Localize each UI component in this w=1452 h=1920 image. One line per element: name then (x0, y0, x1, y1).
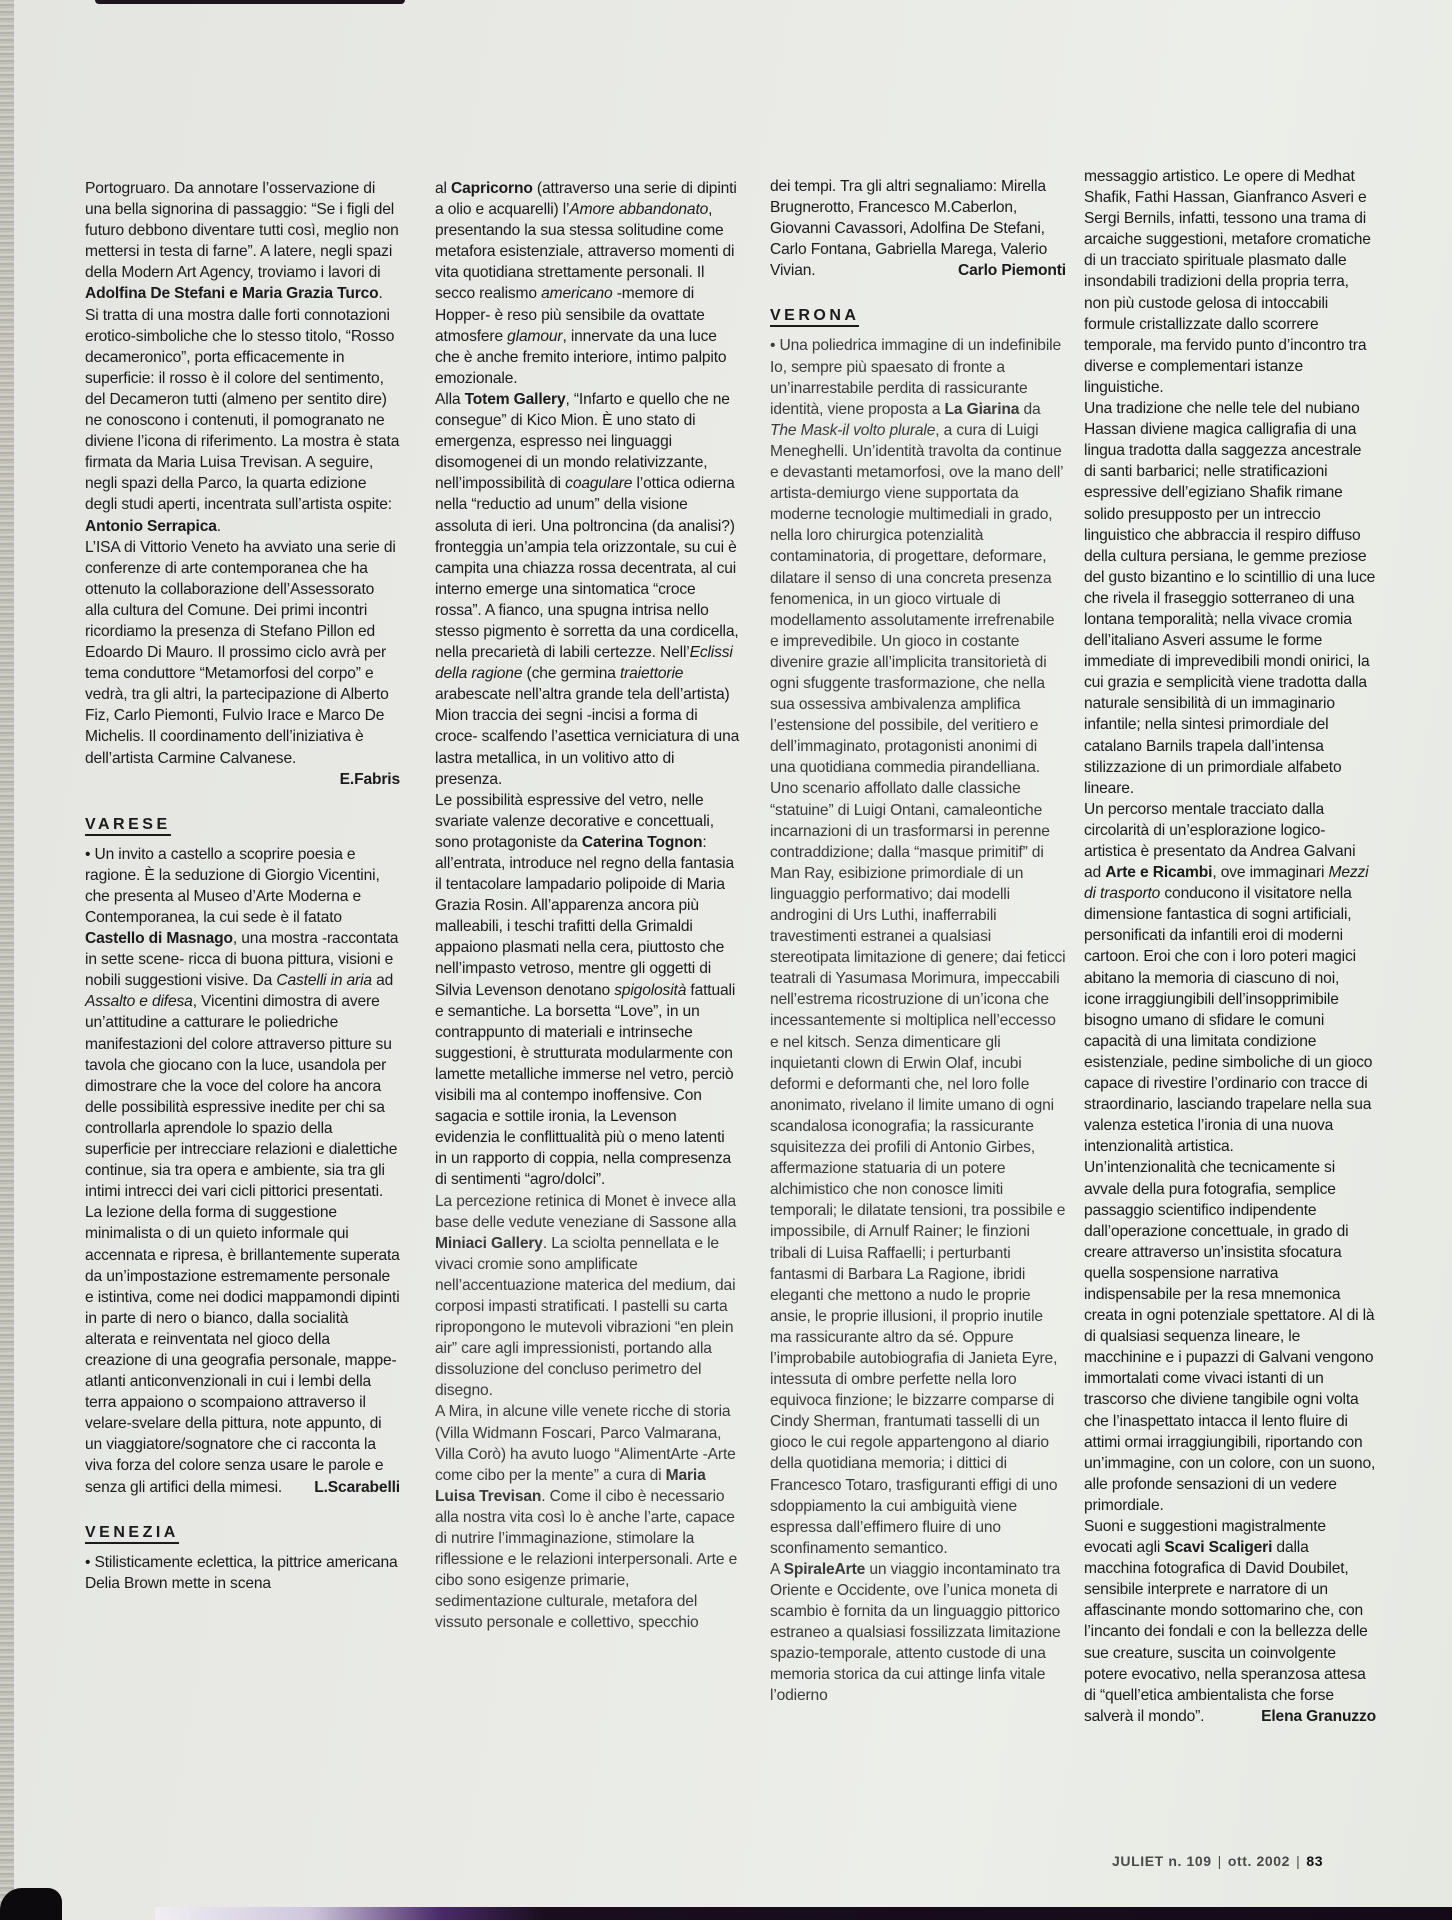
paragraph-tognon: Le possibilità espressive del vetro, nel… (435, 790, 740, 1191)
artist-name: Antonio Serrapica (85, 518, 217, 535)
paragraph-miniaci: La percezione retinica di Monet è invece… (435, 1191, 740, 1402)
section-heading-varese: VARESE (85, 816, 171, 836)
paragraph-messaggio: messaggio artistico. Le opere di Medhat … (1084, 166, 1376, 398)
author-signature: E.Fabris (85, 769, 400, 790)
paragraph-intenzionalita: Un’intenzionalità che tecnicamente si av… (1084, 1157, 1376, 1516)
scan-border-bottom (155, 1907, 1452, 1920)
paragraph-varese: • Un invito a castello a scoprire poesia… (85, 844, 400, 1498)
paragraph-capricorno: al Capricorno (attraverso una serie di d… (435, 178, 740, 389)
text-column-2: al Capricorno (attraverso una serie di d… (435, 178, 740, 1633)
page-footer: JULIET n. 109|ott. 2002|83 (1112, 1853, 1323, 1869)
section-heading-verona: VERONA (770, 307, 859, 327)
paragraph-isa: L’ISA di Vittorio Veneto ha avviato una … (85, 537, 400, 769)
paragraph-portogruaro: Portogruaro. Da annotare l’osservazione … (85, 178, 400, 537)
author-signature: Elena Granuzzo (1261, 1706, 1376, 1727)
paragraph-totem-gallery: Alla Totem Gallery, “Infarto e quello ch… (435, 389, 740, 790)
author-signature: L.Scarabelli (314, 1477, 400, 1498)
scan-border-top (95, 0, 405, 4)
paragraph-mira: A Mira, in alcune ville venete ricche di… (435, 1401, 740, 1633)
section-heading-venezia: VENEZIA (85, 1524, 179, 1544)
paragraph-segnaliamo: dei tempi. Tra gli altri segnaliamo: Mir… (770, 176, 1066, 281)
page-edge-stack (0, 0, 14, 1920)
paragraph-galvani: Un percorso mentale tracciato dalla circ… (1084, 799, 1376, 1158)
artist-name: Adolfina De Stefani e Maria Grazia Turco (85, 285, 379, 302)
paragraph-scavi-scaligeri: Suoni e suggestioni magistralmente evoca… (1084, 1516, 1376, 1727)
paragraph-giarina: • Una poliedrica immagine di un indefini… (770, 335, 1066, 1558)
text-column-1: Portogruaro. Da annotare l’osservazione … (85, 178, 400, 1594)
author-signature: Carlo Piemonti (958, 260, 1066, 281)
paragraph-tradizione: Una tradizione che nelle tele del nubian… (1084, 398, 1376, 799)
text-column-4: messaggio artistico. Le opere di Medhat … (1084, 166, 1376, 1727)
divider: | (1218, 1853, 1222, 1869)
divider: | (1296, 1853, 1300, 1869)
issue-date: ott. 2002 (1228, 1853, 1290, 1869)
paragraph-spiralearte: A SpiraleArte un viaggio incontaminato t… (770, 1559, 1066, 1707)
magazine-issue: JULIET n. 109 (1112, 1853, 1212, 1869)
page-number: 83 (1306, 1853, 1323, 1869)
text-column-3: dei tempi. Tra gli altri segnaliamo: Mir… (770, 176, 1066, 1707)
scan-corner-shadow (0, 1888, 62, 1920)
paragraph-venezia: • Stilisticamente eclettica, la pittrice… (85, 1552, 400, 1594)
